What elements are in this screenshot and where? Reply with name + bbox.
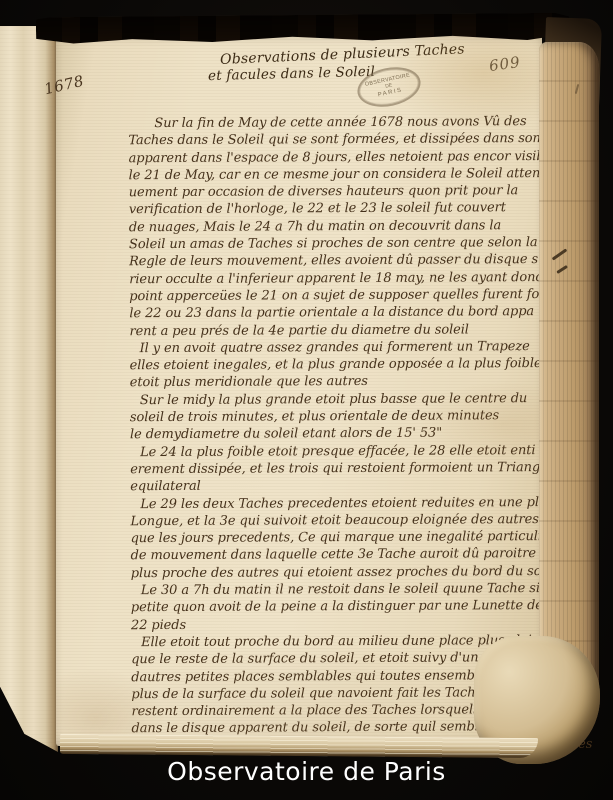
facing-page-edge bbox=[0, 26, 58, 752]
photo-backdrop: Observations de plusieurs Taches et facu… bbox=[0, 0, 613, 800]
manuscript-line: erement dissipée, et les trois qui resto… bbox=[130, 459, 592, 479]
stamp-text-line-3: PARIS bbox=[377, 88, 403, 99]
manuscript-line: le 21 de May, car en ce mesme jour on co… bbox=[129, 165, 591, 185]
manuscript-line: Le 29 les deux Taches precedentes etoien… bbox=[130, 493, 592, 513]
manuscript-line: le 22 ou 23 dans la partie orientale a l… bbox=[129, 303, 591, 323]
photo-caption: Observatoire de Paris bbox=[0, 757, 613, 786]
manuscript-line: Sur le midy la plus grande etoit plus ba… bbox=[130, 390, 592, 410]
manuscript-line: Taches dans le Soleil qui se sont formée… bbox=[128, 130, 590, 150]
page-bottom-edges bbox=[60, 734, 538, 758]
manuscript-line: elles etoient inegales, et la plus grand… bbox=[130, 355, 592, 375]
manuscript-page: Observations de plusieurs Taches et facu… bbox=[56, 30, 542, 746]
manuscript-line: de mouvement dans laquelle cette 3e Tach… bbox=[131, 545, 593, 565]
manuscript-line: Regle de leurs mouvement, elles avoient … bbox=[129, 251, 591, 271]
manuscript-line: petite quon avoit de la peine a la disti… bbox=[131, 597, 593, 617]
manuscript-title-line-2: et facules dans le Soleil bbox=[208, 64, 368, 84]
